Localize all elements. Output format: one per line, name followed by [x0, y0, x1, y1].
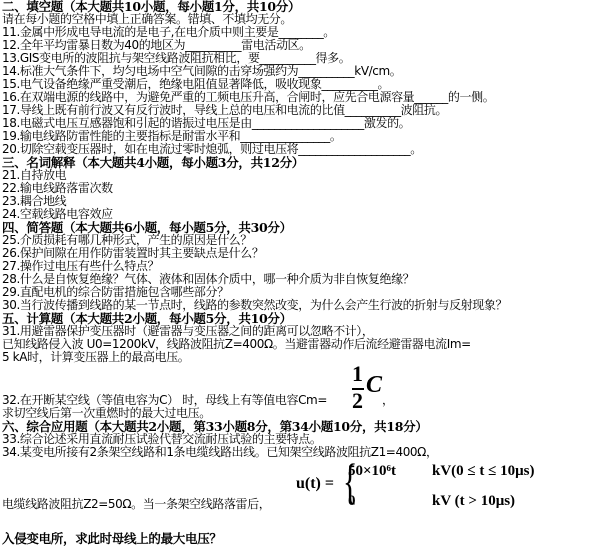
formula-lhs: u(t) =: [296, 475, 334, 493]
formula-case-2-expr: 0: [348, 493, 356, 510]
formula-case-2-condition: kV (t > 10μs): [432, 493, 515, 510]
fraction-numerator: 1: [352, 363, 363, 385]
question-31-line-3: 5 kA时，计算变压器上的最高电压。: [2, 351, 189, 364]
fraction-variable: C: [366, 373, 382, 397]
question-32-comma: ，: [382, 394, 394, 407]
question-34-line-2: 电缆线路波阻抗Z2=50Ω。当一条架空线路落雷后，: [2, 498, 270, 511]
fraction-denominator: 2: [352, 390, 363, 412]
formula-case-1-expr: 50×10⁶t: [348, 463, 396, 480]
question-34-line-1: 34.某变电所接有2条架空线路和1条电缆线路出线。已知架空线路波阻抗Z1=400…: [2, 446, 438, 459]
formula-case-1-condition: kV(0 ≤ t ≤ 10μs): [432, 463, 534, 480]
question-34-line-3: 入侵变电所，求此时母线上的最大电压？: [2, 532, 222, 545]
